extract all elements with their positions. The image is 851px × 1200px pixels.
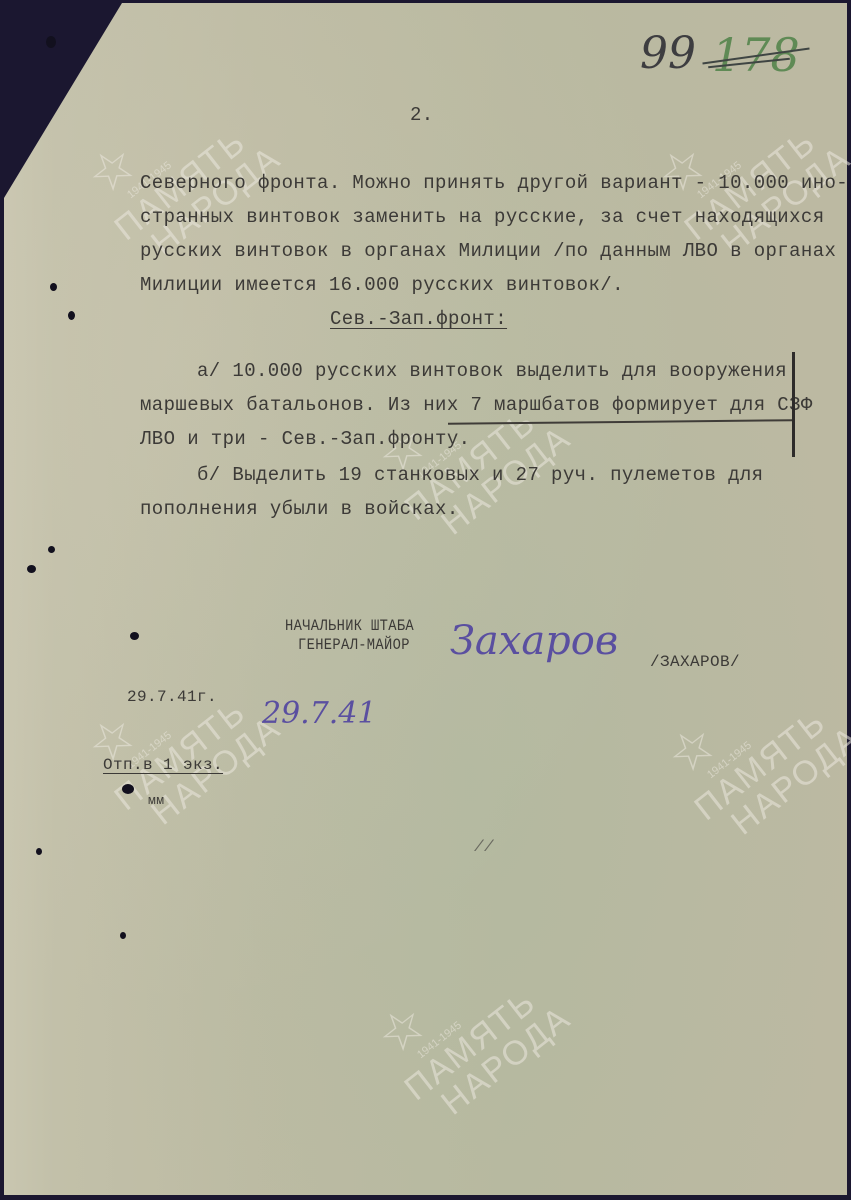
- punch-hole: [68, 311, 75, 320]
- punch-hole: [122, 784, 134, 794]
- signatory-name: /ЗАХАРОВ/: [650, 653, 740, 671]
- item-b-line: пополнения убыли в войсках.: [140, 498, 459, 520]
- paragraph-line: Северного фронта. Можно принять другой в…: [140, 172, 848, 194]
- copies-note: Отп.в 1 экз.: [103, 756, 223, 774]
- signature-title-line1: НАЧАЛЬНИК ШТАБА: [285, 617, 414, 635]
- punch-hole: [130, 632, 139, 640]
- punch-hole: [46, 36, 56, 48]
- pencil-mark: //: [474, 838, 494, 856]
- signature-title-line2: ГЕНЕРАЛ-МАЙОР: [298, 636, 410, 654]
- paragraph-line: русских винтовок в органах Милиции /по д…: [140, 240, 836, 262]
- punch-hole: [36, 848, 42, 855]
- punch-hole: [48, 546, 55, 553]
- punch-hole: [27, 565, 36, 573]
- handwritten-signature: Захаров: [450, 618, 618, 664]
- pencil-margin-line: [792, 352, 795, 457]
- paragraph-line: Милиции имеется 16.000 русских винтовок/…: [140, 274, 624, 296]
- item-a-line: ЛВО и три - Сев.-Зап.фронту.: [140, 428, 470, 450]
- paragraph-line: странных винтовок заменить на русские, з…: [140, 206, 825, 228]
- item-b-line: б/ Выделить 19 станковых и 27 руч. пулем…: [197, 464, 764, 486]
- item-a-line: а/ 10.000 русских винтовок выделить для …: [197, 360, 787, 382]
- archive-number: 99: [640, 28, 696, 79]
- punch-hole: [50, 283, 57, 291]
- section-heading: Сев.-Зап.фронт:: [330, 308, 507, 330]
- punch-hole: [120, 932, 126, 939]
- handwritten-date: 29.7.41: [262, 696, 377, 731]
- page-number: 2.: [410, 104, 434, 126]
- typist-initials: мм: [148, 793, 164, 808]
- item-a-line: маршевых батальонов. Из них 7 маршбатов …: [140, 394, 813, 416]
- typed-date: 29.7.41г.: [127, 688, 217, 706]
